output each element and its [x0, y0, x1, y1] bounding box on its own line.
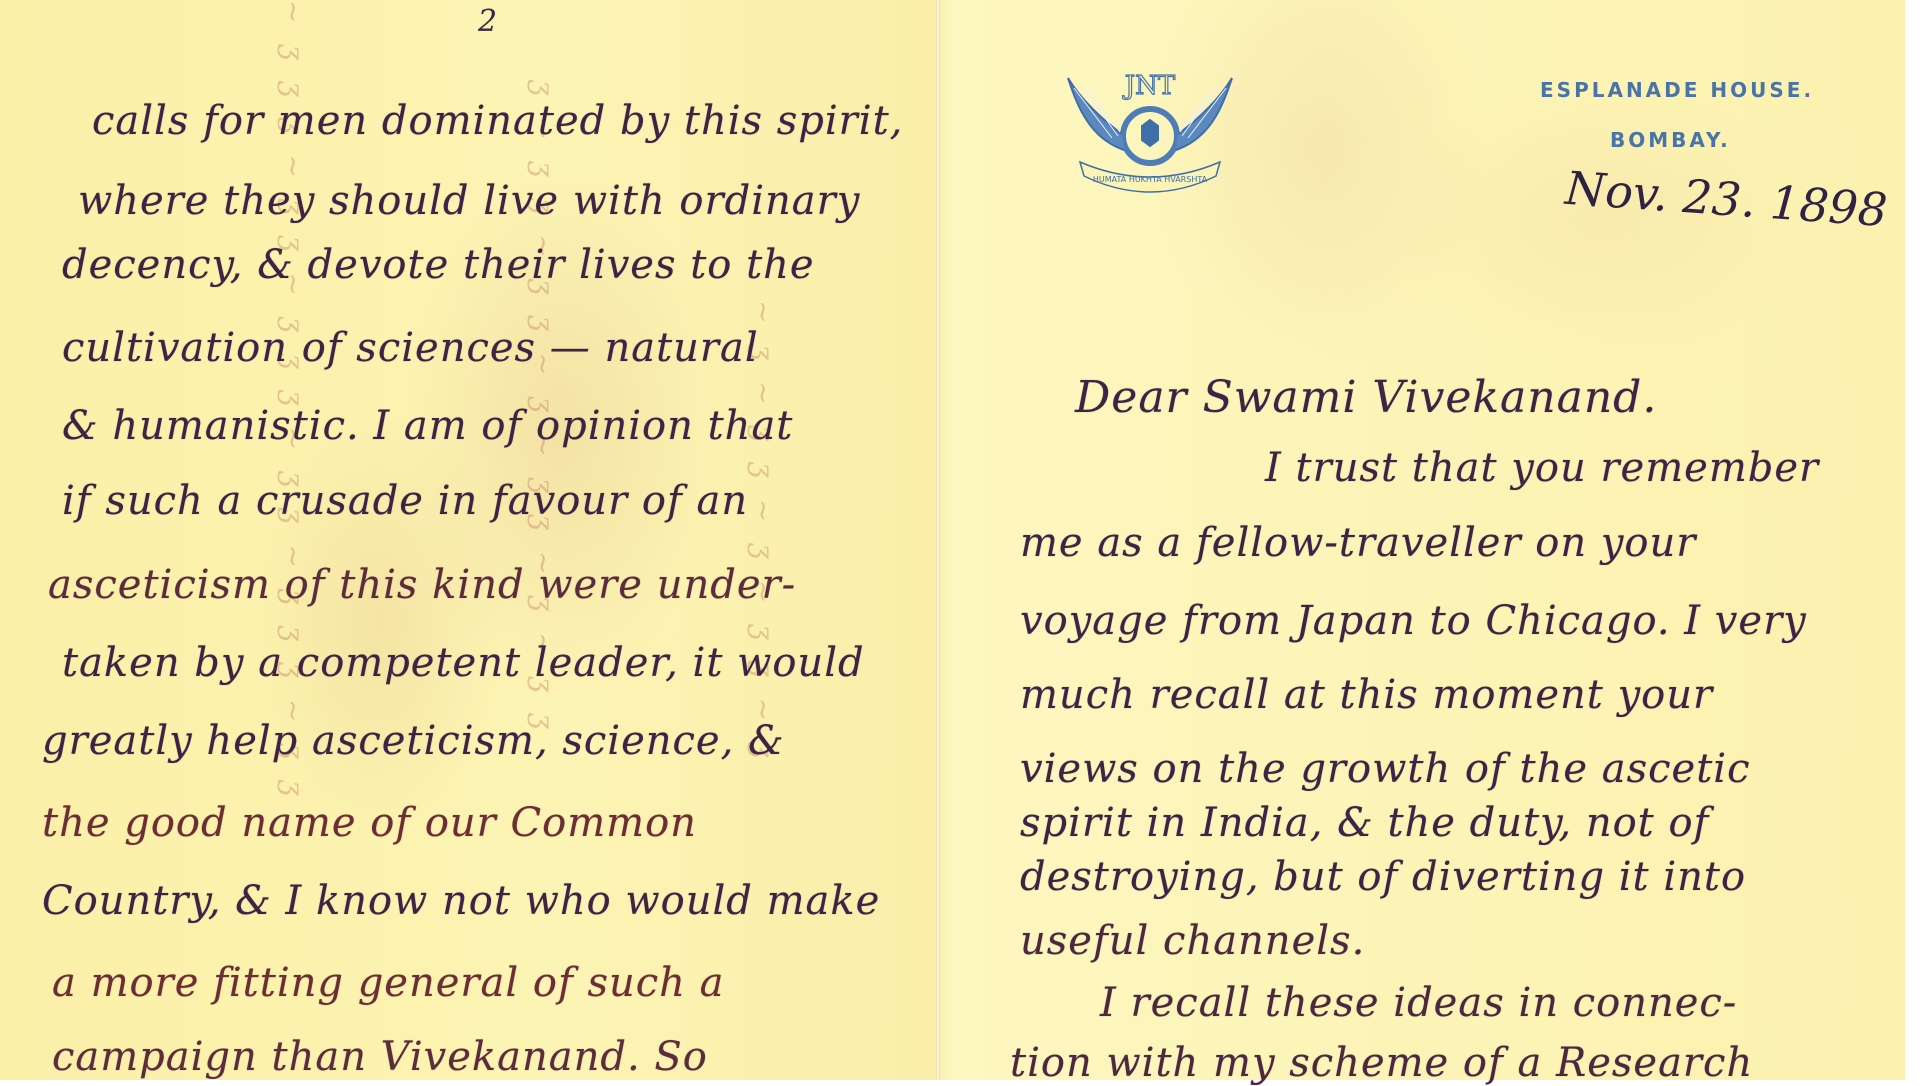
left-page: ~ ʒ ʒ ʒ ~ ʒ ʒ ~ ʒ ʒ ʒ ~ ʒ ʒ ~ ʒ ʒ ʒ ~ ʒ … — [0, 0, 938, 1080]
right-line-2: me as a fellow-traveller on your — [1020, 520, 1696, 566]
left-line-2: where they should live with ordinary — [78, 178, 860, 224]
letter-scan: ~ ʒ ʒ ʒ ~ ʒ ʒ ~ ʒ ʒ ʒ ~ ʒ ʒ ~ ʒ ʒ ʒ ~ ʒ … — [0, 0, 1905, 1080]
left-line-3: decency, & devote their lives to the — [62, 242, 815, 288]
left-line-10: the good name of our Common — [42, 800, 697, 846]
right-line-6: spirit in India, & the duty, not of — [1020, 800, 1709, 846]
left-line-7: asceticism of this kind were under- — [48, 562, 796, 608]
left-line-9: greatly help asceticism, science, & — [42, 718, 785, 764]
letterhead-address-line2: BOMBAY. — [1610, 128, 1731, 152]
right-line-4: much recall at this moment your — [1020, 672, 1713, 718]
right-line-8: useful channels. — [1020, 918, 1365, 964]
right-line-1: I trust that you remember — [1265, 445, 1819, 491]
right-line-5: views on the growth of the ascetic — [1020, 746, 1750, 792]
left-line-13: campaign than Vivekanand. So — [52, 1034, 708, 1080]
right-line-7: destroying, but of diverting it into — [1020, 854, 1746, 900]
right-line-3: voyage from Japan to Chicago. I very — [1020, 598, 1807, 644]
right-line-9: I recall these ideas in connec- — [1100, 980, 1737, 1026]
left-line-11: Country, & I know not who would make — [42, 878, 880, 924]
crest-monogram: JNT — [1122, 71, 1176, 101]
salutation: Dear Swami Vivekanand. — [1075, 372, 1657, 423]
crest-motto: HUMATA HUKHTA HVARSHTA — [1093, 175, 1208, 184]
right-line-10: tion with my scheme of a Research — [1010, 1040, 1753, 1080]
left-line-1: calls for men dominated by this spirit, — [92, 98, 903, 144]
letterhead-address-line1: ESPLANADE HOUSE. — [1540, 78, 1814, 102]
winged-crest-icon: JNT HUMATA HUKHTA HVARSHTA — [1060, 58, 1240, 198]
left-line-12: a more fitting general of such a — [52, 960, 725, 1006]
page-number: 2 — [478, 4, 497, 39]
left-line-3-text: decency, & devote their lives to the — [62, 242, 815, 288]
left-line-6: if such a crusade in favour of an — [62, 478, 748, 524]
left-line-8: taken by a competent leader, it would — [62, 640, 865, 686]
left-line-4: cultivation of sciences — natural — [62, 325, 759, 371]
left-line-5: & humanistic. I am of opinion that — [62, 403, 793, 449]
